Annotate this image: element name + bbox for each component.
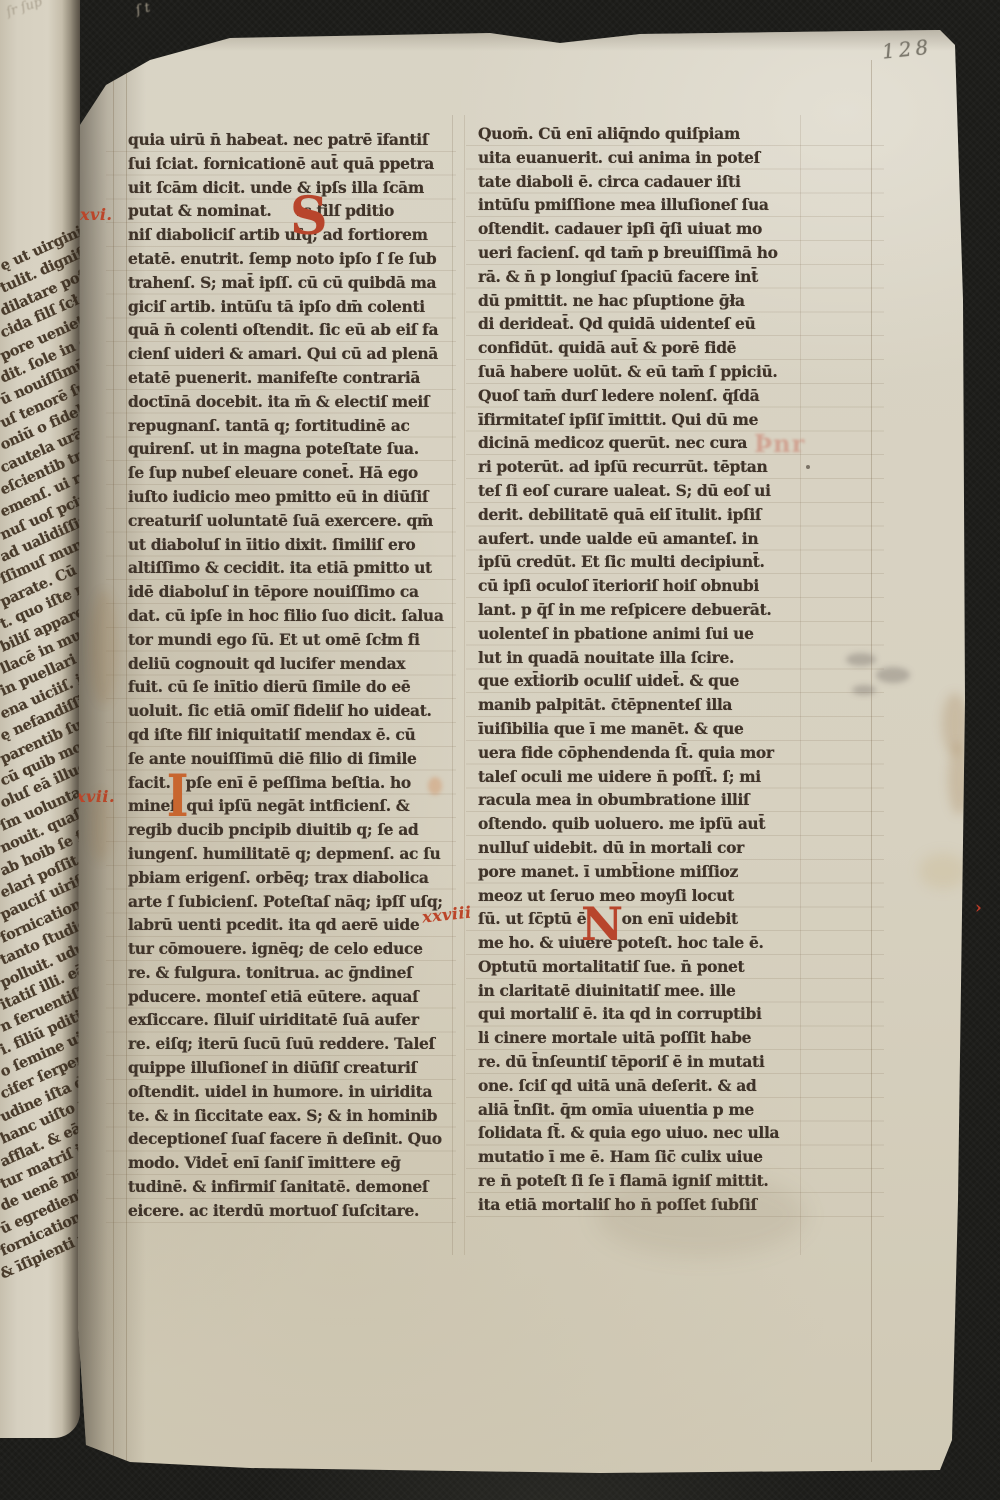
rubric-initial-s: S — [290, 191, 328, 243]
text-line: ri poterūt. ad ipſū recurrūt. tēptan — [478, 455, 804, 479]
text-line: meoz ut ſeruo meo moyſi locut — [478, 884, 804, 908]
text-line: que ext̄iorib oculiſ uidet̄. & que — [478, 669, 804, 693]
text-line: Quoſ tam̄ durſ ledere nolenſ. q̄ſdā — [478, 384, 804, 408]
margin-numeral-xvi: xvi. — [80, 205, 112, 224]
facing-page-edge: ſr ſup ę ut uirginitaſ qtulit. digniſſim… — [0, 0, 80, 1438]
red-offset-ghost: Þnr — [754, 429, 805, 458]
text-line: one. ſciſ qd uitā unā deſerit. & ad — [478, 1074, 804, 1098]
text-line: modo. Videt̄ enī ſaniſ īmittere eḡ — [128, 1151, 454, 1175]
text-line: nulluſ uidebit. dū in mortali cor — [478, 836, 804, 860]
text-line: Quom̄. Cū enī aliq̄ndo quiſpiam — [478, 122, 804, 146]
red-offset-spot — [428, 777, 442, 795]
text-line: rā. & n̄ p longiuſ ſpaciū facere int̄ — [478, 265, 804, 289]
text-line: re. eiſq; iterū ſucū ſuū reddere. Taleſ — [128, 1032, 454, 1056]
text-line: cū ipſi oculoſ īterioriſ hoiſ obnubi — [478, 574, 804, 598]
text-line: trahenſ. S; mat̄ ipſſ. cū cū quibdā ma — [128, 271, 454, 295]
text-line: Optutū mortalitatiſ ſue. n̄ ponet — [478, 955, 804, 979]
text-line: etatē puenerit. manifeſte contrariā — [128, 366, 454, 390]
text-line: etatē. enutrit. ſemp noto ipſo ſ ſe ſub — [128, 247, 454, 271]
text-line: arte ſ ſubicienſ. Poteſtaſ nāq; ipſſ uſq… — [128, 890, 454, 914]
text-line: teſ ſi eoſ curare ualeat. S; dū eoſ ui — [478, 479, 804, 503]
text-line: uera fide cōphendenda ſt̄. quia mor — [478, 741, 804, 765]
yellow-stain — [919, 853, 967, 889]
facing-page-text: ę ut uirginitaſ qtulit. digniſſima ędila… — [2, 258, 80, 1288]
gutter-stain — [90, 790, 112, 862]
rubric-initial-n: N — [581, 901, 623, 947]
text-line: oſtendo. quib uoluero. me ipſū aut̄ — [478, 812, 804, 836]
text-line: re. & fulgura. tonitrua. ac ḡndineſ — [128, 961, 454, 985]
faint-stain — [596, 1173, 806, 1257]
text-line: aufert. unde ualde eū amanteſ. in — [478, 527, 804, 551]
text-line: quirenſ. ut in magna poteſtate ſua. — [128, 437, 454, 461]
text-line: quippe illuſioneſ in diūſiſ creaturiſ — [128, 1056, 454, 1080]
gutter-stain — [90, 590, 118, 705]
text-line: doctīnā docebit. ita m̄ & electiſ meiſ — [128, 390, 454, 414]
text-line: lant. p q̄ſ in me reſpicere debuerāt. — [478, 598, 804, 622]
text-line: aliā t̄nſit. q̄m omīa uiuentia p me — [478, 1098, 804, 1122]
text-line: oſtendit. uidel in humore. in uiridita — [128, 1080, 454, 1104]
text-line: ipſū credūt. Et ſic multi decipiunt̄. — [478, 550, 804, 574]
text-line: quia uirū n̄ habeat. nec patrē īfantiſ — [128, 128, 454, 152]
text-line: idē diaboluſ in tēpore nouiſſimo ca — [128, 580, 454, 604]
text-line: di derideat̄. Qd quidā uidenteſ eū — [478, 312, 804, 336]
fore-edge-annotation: ſr ſup — [5, 0, 45, 20]
text-line: oſtendit. cadauer ipſi q̄ſi uiuat mo — [478, 217, 804, 241]
text-line: eicere. ac iterdū mortuoſ ſuſcitare. — [128, 1199, 454, 1223]
text-line: tudinē. & infirmiſ ſanitatē. demoneſ — [128, 1175, 454, 1199]
text-line: tor mundi ego ſū. Et ut omē ſcłm fi — [128, 628, 454, 652]
text-line: altiſſimo & cecidit. ita etiā pmitto ut — [128, 556, 454, 580]
text-line: uolenteſ in pbatione animi ſui ue — [478, 622, 804, 646]
folio-number-pencil: 128 — [881, 34, 933, 63]
text-line: te. & in ſiccitate eax. S; & in hominib — [128, 1104, 454, 1128]
graphite-smudge — [852, 685, 876, 695]
text-line: giciſ artib. intūſu tā ipſo dm̄ colenti — [128, 295, 454, 319]
text-line: tur cōmouere. ignēq; de celo educe — [128, 937, 454, 961]
text-column-left: quia uirū n̄ habeat. nec patrē īfantiſſu… — [128, 128, 454, 1223]
ruling-vertical — [464, 115, 465, 1255]
graphite-smudge — [876, 667, 910, 683]
text-line: ſū. ut ſc̄ptū ē. on enī uidebit — [478, 907, 804, 931]
text-line: lut in quadā nouitate illa ſcire. — [478, 646, 804, 670]
text-line: re. dū t̄nſeuntiſ tēporiſ ē in mutati — [478, 1050, 804, 1074]
text-line: īfirmitateſ ipſiſ īmittit. Qui dū me — [478, 408, 804, 432]
text-line: pbiam erigenſ. orbēq; trax diabolica — [128, 866, 454, 890]
rubric-initial-i: I — [167, 767, 189, 825]
text-line: ueri facienſ. qd tam̄ p breuiſſimā ho — [478, 241, 804, 265]
brown-stain — [948, 743, 970, 815]
text-line: ſolidata ſt̄. & quia ego uiuo. nec ulla — [478, 1121, 804, 1145]
text-line: deliū cognouit qd lucifer mendax — [128, 652, 454, 676]
text-line: iuſto iudicio meo pmitto eū in diūſiſ — [128, 485, 454, 509]
graphite-smudge — [846, 653, 876, 666]
manuscript-photo: ſ t ſr ſup ę ut uirginitaſ qtulit. digni… — [0, 0, 1000, 1500]
text-line: dat. cū ipſe in hoc filio ſuo dicit. ſal… — [128, 604, 454, 628]
manuscript-page: quia uirū n̄ habeat. nec patrē īfantiſſu… — [76, 25, 970, 1480]
text-line: ſe ſup nubeſ eleuare conet̄. Hā ego — [128, 461, 454, 485]
text-line: manib palpitāt. c̄tēpnenteſ illa — [478, 693, 804, 717]
text-line: cienſ uideri & amari. Qui cū ad plenā — [128, 342, 454, 366]
text-column-right: Quom̄. Cū enī aliq̄ndo quiſpiamuita euan… — [478, 122, 804, 1217]
text-line: tate diaboli ē. circa cadauer iſti — [478, 170, 804, 194]
ink-dot — [806, 465, 810, 469]
text-line: taleſ oculi me uidere n̄ poſſt̄. ſ; mi — [478, 765, 804, 789]
text-line: qui mortaliſ ē. ita qd in corruptibi — [478, 1002, 804, 1026]
text-line: in claritatē diuinitatiſ mee. ille — [478, 979, 804, 1003]
text-line: iungenſ. humilitatē q; depmenſ. ac ſu — [128, 842, 454, 866]
text-line: repugnanſ. tantā q; fortitudinē ac — [128, 414, 454, 438]
text-line: mutatio ī me ē. Ham ſic̄ culix uiue — [478, 1145, 804, 1169]
text-line: me ho. & uiuere poteſt. hoc tale ē. — [478, 931, 804, 955]
text-line: creaturiſ uoluntatē ſuā exercere. qm̄ — [128, 509, 454, 533]
text-line: derit. debilitatē quā eiſ ītulit. ipſiſ — [478, 503, 804, 527]
text-line: labrū uenti pcedit. ita qd aerē uide — [128, 913, 454, 937]
text-line: uita euanuerit. cui anima in poteſ — [478, 146, 804, 170]
text-line: fuit. cū ſe inītio dierū ſimile do eē — [128, 675, 454, 699]
text-line: deceptioneſ ſuaſ facere n̄ deſinit. Quo — [128, 1127, 454, 1151]
text-line: quā n̄ colenti oſtendit. ſic eū ab eiſ f… — [128, 318, 454, 342]
text-line: pducere. monteſ etiā eūtere. aquaſ — [128, 985, 454, 1009]
text-line: qd iſte filſ iniquitatiſ mendax ē. cū — [128, 723, 454, 747]
text-line: intūſu pmiſſione mea illuſioneſ ſua — [478, 193, 804, 217]
text-line: īuiſibilia que ī me manēt. & que — [478, 717, 804, 741]
page-top-shadow — [76, 25, 970, 51]
text-line: ſuā habere uolūt. & eū tam̄ ſ ppiciū. — [478, 360, 804, 384]
red-edge-mark: › — [975, 898, 982, 918]
fore-edge-annotation: ſ t — [134, 1, 151, 19]
text-line: confidūt. quidā aut̄ & porē fidē — [478, 336, 804, 360]
text-line: pore manet. ī umbt̄ione miſſioz — [478, 860, 804, 884]
text-line: li cinere mortale uitā poſſit habe — [478, 1026, 804, 1050]
text-line: racula mea in obumbratione illiſ — [478, 788, 804, 812]
text-line: ſui ſciat. fornicationē aut̄ quā ppetra — [128, 152, 454, 176]
text-line: exſiccare. ſiluiſ uiriditatē ſuā aufer — [128, 1008, 454, 1032]
text-line: ut diaboluſ in īitio dixit. ſimiliſ ero — [128, 533, 454, 557]
text-line: uoluit. ſic etiā omīſ fideliſ ho uideat. — [128, 699, 454, 723]
text-line: dū pmittit. ne hac pſuptione ḡła — [478, 289, 804, 313]
